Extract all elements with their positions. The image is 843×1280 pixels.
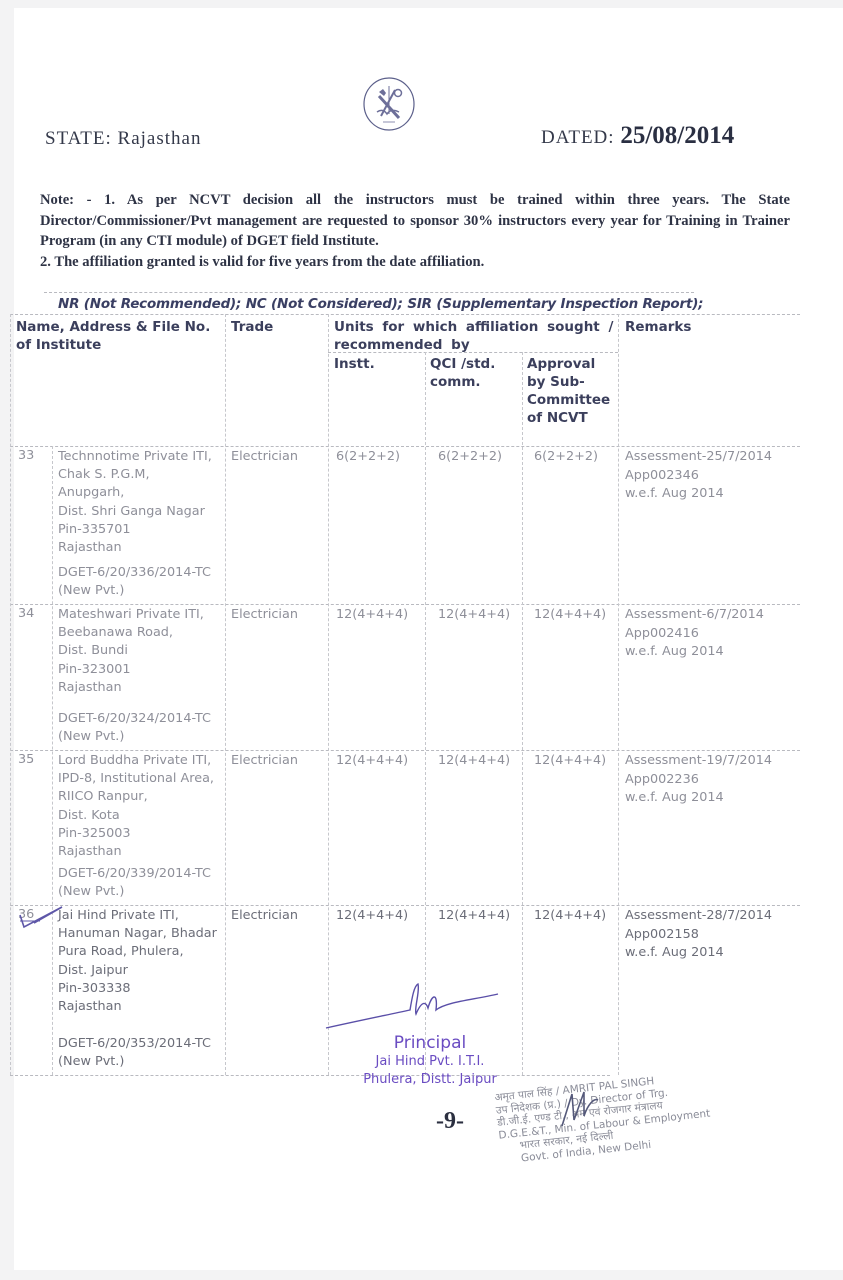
header-approval: Approval by Sub-Committee of NCVT	[527, 355, 612, 427]
institute-address-line: Pura Road, Phulera,	[58, 943, 184, 961]
institute-address-line: Technnotime Private ITI,	[58, 448, 212, 466]
table-top-rule	[44, 292, 694, 293]
institute-address-line: Lord Buddha Private ITI,	[58, 752, 211, 770]
units-instt: 6(2+2+2)	[336, 448, 400, 466]
remarks-line: Assessment-28/7/2014	[625, 907, 772, 925]
institute-address-line: Chak S. P.G.M,	[58, 466, 150, 484]
units-approval: 6(2+2+2)	[534, 448, 598, 466]
remarks-line: App002158	[625, 926, 699, 944]
units-approval: 12(4+4+4)	[534, 606, 606, 624]
units-instt: 12(4+4+4)	[336, 606, 408, 624]
dated-value: 25/08/2014	[620, 122, 734, 149]
trade-value: Electrician	[231, 907, 298, 925]
column-divider	[328, 314, 329, 1075]
remarks-line: Assessment-25/7/2014	[625, 448, 772, 466]
dated-label: DATED:	[541, 127, 615, 148]
trade-value: Electrician	[231, 448, 298, 466]
institute-type: (New Pvt.)	[58, 883, 124, 901]
header-instt: Instt.	[334, 355, 375, 373]
remarks-line: w.e.f. Aug 2014	[625, 643, 724, 661]
units-qci: 12(4+4+4)	[438, 752, 510, 770]
units-qci: 12(4+4+4)	[438, 907, 510, 925]
serial-number: 33	[18, 448, 34, 463]
dated-heading: DATED: 25/08/2014	[541, 122, 734, 150]
institute-address-line: Pin-303338	[58, 980, 131, 998]
checkmark-icon	[14, 905, 64, 935]
state-heading: STATE: Rajasthan	[45, 128, 201, 150]
institute-address-line: Rajasthan	[58, 843, 122, 861]
signature-title: Principal	[330, 1033, 530, 1053]
units-approval: 12(4+4+4)	[534, 752, 606, 770]
institute-type: (New Pvt.)	[58, 582, 124, 600]
remarks-line: App002346	[625, 467, 699, 485]
header-rule	[10, 314, 800, 315]
institute-address-line: Pin-323001	[58, 661, 131, 679]
serial-number: 34	[18, 606, 34, 621]
official-signature-icon	[558, 1090, 608, 1134]
column-divider	[225, 314, 226, 1075]
serial-number: 35	[18, 752, 34, 767]
header-trade: Trade	[231, 318, 273, 336]
institute-address-line: Pin-335701	[58, 521, 131, 539]
institute-address-line: Dist. Shri Ganga Nagar	[58, 503, 205, 521]
column-divider	[425, 352, 426, 1075]
column-divider	[522, 352, 523, 1075]
institute-type: (New Pvt.)	[58, 728, 124, 746]
state-value: Rajasthan	[118, 128, 202, 149]
units-approval: 12(4+4+4)	[534, 907, 606, 925]
header-units: Units for which affiliation sought / rec…	[334, 318, 619, 354]
remarks-line: w.e.f. Aug 2014	[625, 789, 724, 807]
units-qci: 12(4+4+4)	[438, 606, 510, 624]
abbreviation-legend: NR (Not Recommended); NC (Not Considered…	[58, 296, 703, 312]
remarks-line: w.e.f. Aug 2014	[625, 485, 724, 503]
row-divider	[10, 750, 800, 751]
institute-address-line: Dist. Kota	[58, 807, 120, 825]
row-divider	[10, 446, 800, 447]
trade-value: Electrician	[231, 606, 298, 624]
institute-address-line: Pin-325003	[58, 825, 131, 843]
subheader-rule	[328, 352, 618, 353]
notes-section: Note: - 1. As per NCVT decision all the …	[40, 190, 790, 272]
institute-type: (New Pvt.)	[58, 1053, 124, 1071]
file-number: DGET-6/20/353/2014-TC	[58, 1035, 211, 1053]
note-1: Note: - 1. As per NCVT decision all the …	[40, 190, 790, 252]
note-2: 2. The affiliation granted is valid for …	[40, 252, 790, 273]
page-number: -9-	[436, 1108, 464, 1135]
remarks-line: Assessment-6/7/2014	[625, 606, 764, 624]
institute-address-line: Hanuman Nagar, Bhadar	[58, 925, 217, 943]
dget-emblem-icon	[361, 76, 417, 132]
column-divider	[10, 314, 11, 1075]
header-remarks: Remarks	[625, 318, 691, 336]
institute-address-line: Rajasthan	[58, 998, 122, 1016]
units-instt: 12(4+4+4)	[336, 752, 408, 770]
state-label: STATE:	[45, 128, 112, 149]
remarks-line: App002416	[625, 625, 699, 643]
institute-address-line: Jai Hind Private ITI,	[58, 907, 179, 925]
file-number: DGET-6/20/324/2014-TC	[58, 710, 211, 728]
header-qci: QCI /std. comm.	[430, 355, 515, 391]
institute-address-line: Rajasthan	[58, 539, 122, 557]
column-divider	[52, 446, 53, 1075]
row-divider	[10, 604, 800, 605]
institute-address-line: RIICO Ranpur,	[58, 788, 148, 806]
units-instt: 12(4+4+4)	[336, 907, 408, 925]
file-number: DGET-6/20/339/2014-TC	[58, 865, 211, 883]
signature-location: Phulera, Distt. Jaipur	[330, 1071, 530, 1089]
column-divider	[618, 314, 619, 1075]
remarks-line: Assessment-19/7/2014	[625, 752, 772, 770]
institute-address-line: Beebanawa Road,	[58, 624, 173, 642]
remarks-line: w.e.f. Aug 2014	[625, 944, 724, 962]
header-name-address: Name, Address & File No. of Institute	[16, 318, 226, 354]
institute-address-line: Mateshwari Private ITI,	[58, 606, 204, 624]
institute-address-line: Dist. Bundi	[58, 642, 128, 660]
institute-address-line: Anupgarh,	[58, 484, 124, 502]
file-number: DGET-6/20/336/2014-TC	[58, 564, 211, 582]
units-qci: 6(2+2+2)	[438, 448, 502, 466]
row-divider	[10, 905, 800, 906]
institute-address-line: IPD-8, Institutional Area,	[58, 770, 214, 788]
institute-address-line: Rajasthan	[58, 679, 122, 697]
remarks-line: App002236	[625, 771, 699, 789]
trade-value: Electrician	[231, 752, 298, 770]
principal-signature-block: Principal Jai Hind Pvt. I.T.I. Phulera, …	[330, 985, 530, 1089]
institute-address-line: Dist. Jaipur	[58, 962, 128, 980]
signature-institute: Jai Hind Pvt. I.T.I.	[330, 1053, 530, 1071]
